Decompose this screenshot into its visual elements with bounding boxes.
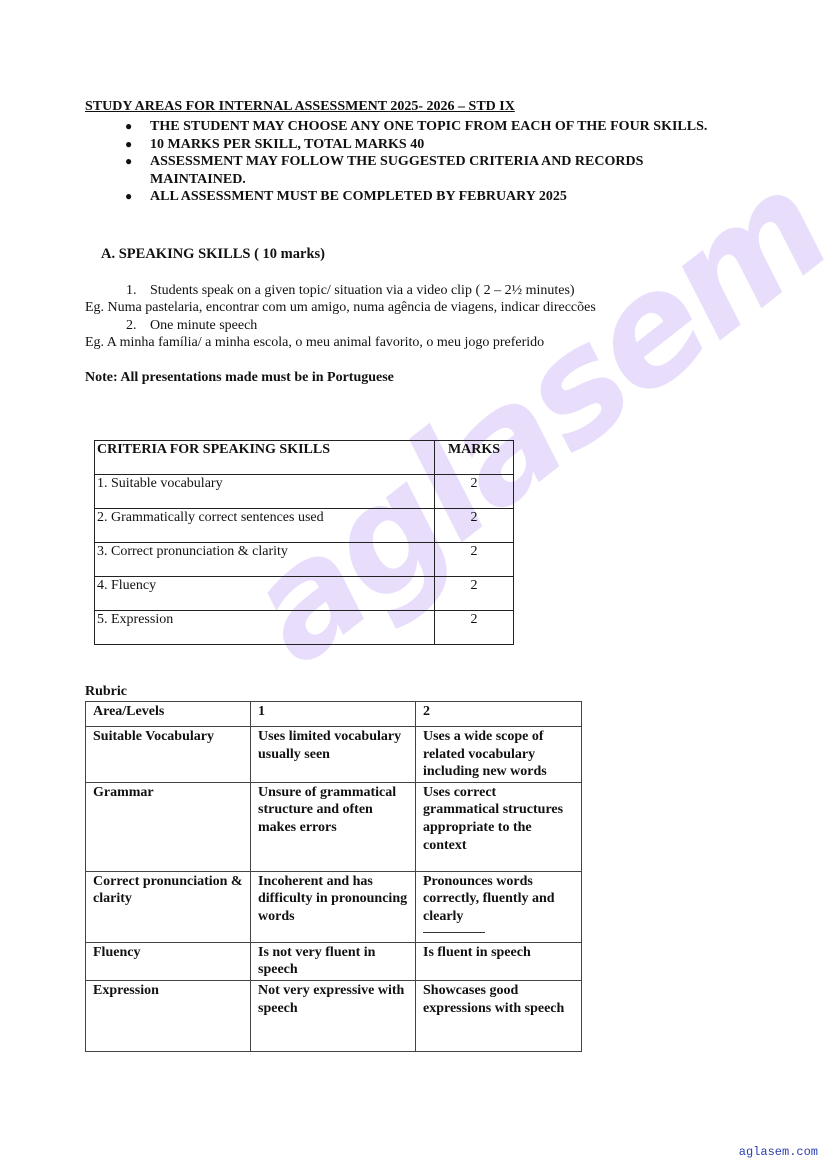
table-row: Correct pronunciation & clarity Incohere… [86, 871, 582, 942]
marks-cell: 2 [435, 577, 514, 611]
table-row: 3. Correct pronunciation & clarity 2 [95, 543, 514, 577]
instructions-list: THE STUDENT MAY CHOOSE ANY ONE TOPIC FRO… [125, 118, 725, 206]
level-2-cell: Is fluent in speech [416, 942, 582, 980]
level-1-cell: Is not very fluent in speech [251, 942, 416, 980]
rubric-table: Area/Levels 1 2 Suitable Vocabulary Uses… [85, 701, 582, 1052]
table-row: 2. Grammatically correct sentences used … [95, 509, 514, 543]
item-text: Students speak on a given topic/ situati… [150, 283, 575, 299]
item-example: Eg. Numa pastelaria, encontrar com um am… [85, 300, 596, 316]
level-2-cell: Showcases good expressions with speech [416, 980, 582, 1051]
level-1-cell: Not very expressive with speech [251, 980, 416, 1051]
criteria-cell: 5. Expression [95, 611, 435, 645]
item-number: 1. [126, 283, 137, 299]
criteria-cell: 3. Correct pronunciation & clarity [95, 543, 435, 577]
table-row: Grammar Unsure of grammatical structure … [86, 782, 582, 871]
note: Note: All presentations made must be in … [85, 370, 394, 386]
item-number: 2. [126, 318, 137, 334]
item-example: Eg. A minha família/ a minha escola, o m… [85, 335, 544, 351]
header-cell: CRITERIA FOR SPEAKING SKILLS [95, 441, 435, 475]
table-row: Suitable Vocabulary Uses limited vocabul… [86, 727, 582, 783]
header-cell: Area/Levels [86, 702, 251, 727]
area-cell: Correct pronunciation & clarity [86, 871, 251, 942]
area-cell: Expression [86, 980, 251, 1051]
table-header-row: Area/Levels 1 2 [86, 702, 582, 727]
bullet-item: 10 MARKS PER SKILL, TOTAL MARKS 40 [125, 136, 725, 154]
marks-cell: 2 [435, 475, 514, 509]
area-cell: Fluency [86, 942, 251, 980]
area-cell: Grammar [86, 782, 251, 871]
table-header-row: CRITERIA FOR SPEAKING SKILLS MARKS [95, 441, 514, 475]
level-1-cell: Incoherent and has difficulty in pronoun… [251, 871, 416, 942]
rubric-label: Rubric [85, 684, 127, 700]
section-heading: A. SPEAKING SKILLS ( 10 marks) [101, 246, 325, 263]
item-text: One minute speech [150, 318, 257, 334]
document-title: STUDY AREAS FOR INTERNAL ASSESSMENT 2025… [85, 99, 515, 115]
bullet-item: ASSESSMENT MAY FOLLOW THE SUGGESTED CRIT… [125, 153, 725, 188]
header-cell: 2 [416, 702, 582, 727]
table-row: 1. Suitable vocabulary 2 [95, 475, 514, 509]
underline-mark [423, 926, 485, 933]
marks-cell: 2 [435, 611, 514, 645]
table-row: 4. Fluency 2 [95, 577, 514, 611]
level-2-cell: Uses a wide scope of related vocabulary … [416, 727, 582, 783]
bullet-item: ALL ASSESSMENT MUST BE COMPLETED BY FEBR… [125, 188, 725, 206]
table-row: Expression Not very expressive with spee… [86, 980, 582, 1051]
header-cell: MARKS [435, 441, 514, 475]
level-2-cell: Uses correct grammatical structures appr… [416, 782, 582, 871]
level-2-text: Pronounces words correctly, fluently and… [423, 874, 555, 924]
marks-cell: 2 [435, 543, 514, 577]
criteria-cell: 4. Fluency [95, 577, 435, 611]
bullet-item: THE STUDENT MAY CHOOSE ANY ONE TOPIC FRO… [125, 118, 725, 136]
criteria-table: CRITERIA FOR SPEAKING SKILLS MARKS 1. Su… [94, 440, 514, 645]
criteria-cell: 1. Suitable vocabulary [95, 475, 435, 509]
header-cell: 1 [251, 702, 416, 727]
table-row: 5. Expression 2 [95, 611, 514, 645]
level-2-cell: Pronounces words correctly, fluently and… [416, 871, 582, 942]
footer-link[interactable]: aglasem.com [739, 1145, 818, 1159]
level-1-cell: Unsure of grammatical structure and ofte… [251, 782, 416, 871]
level-1-cell: Uses limited vocabulary usually seen [251, 727, 416, 783]
marks-cell: 2 [435, 509, 514, 543]
table-row: Fluency Is not very fluent in speech Is … [86, 942, 582, 980]
area-cell: Suitable Vocabulary [86, 727, 251, 783]
criteria-cell: 2. Grammatically correct sentences used [95, 509, 435, 543]
